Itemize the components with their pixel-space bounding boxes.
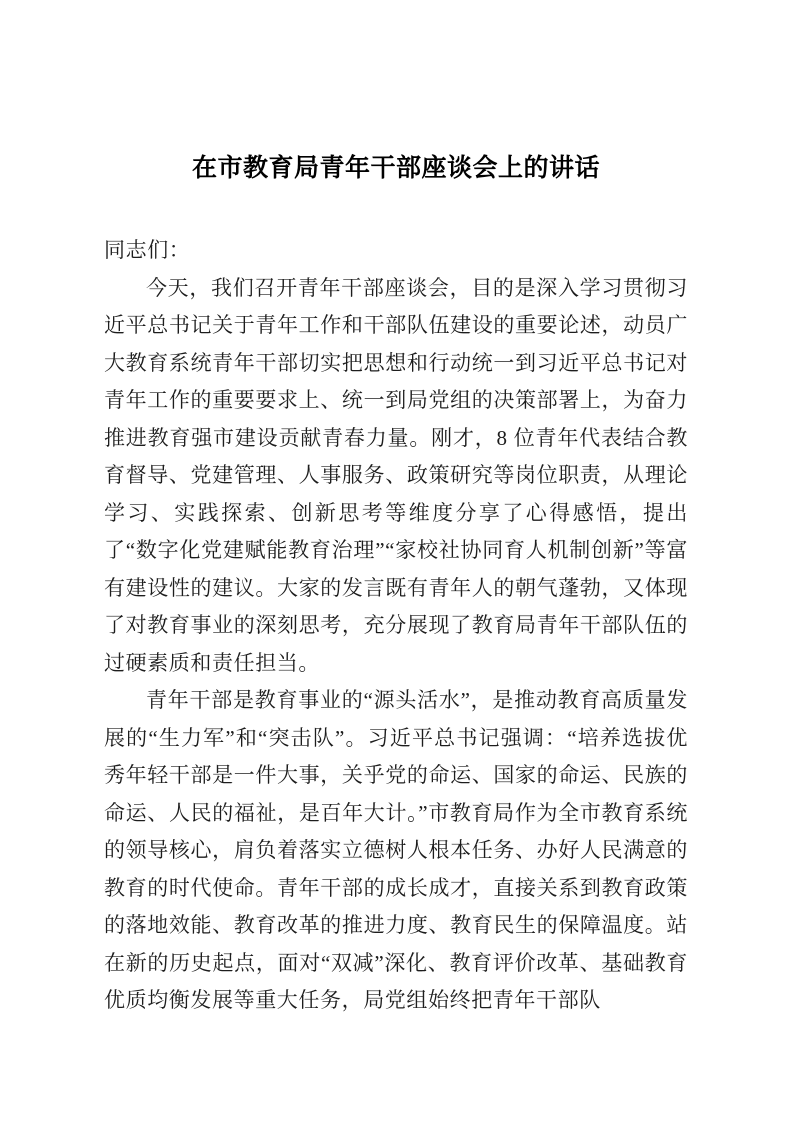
document-title: 在市教育局青年干部座谈会上的讲话 (104, 152, 688, 186)
document-page: 在市教育局青年干部座谈会上的讲话 同志们： 今天，我们召开青年干部座谈会，目的是… (0, 0, 793, 1122)
document-content: 在市教育局青年干部座谈会上的讲话 同志们： 今天，我们召开青年干部座谈会，目的是… (104, 0, 688, 1020)
paragraph-1: 今天，我们召开青年干部座谈会，目的是深入学习贯彻习近平总书记关于青年工作和干部队… (104, 270, 688, 683)
paragraph-2: 青年干部是教育事业的“源头活水”，是推动教育高质量发展的“生力军”和“突击队”。… (104, 682, 688, 1020)
salutation-line: 同志们： (104, 232, 688, 270)
